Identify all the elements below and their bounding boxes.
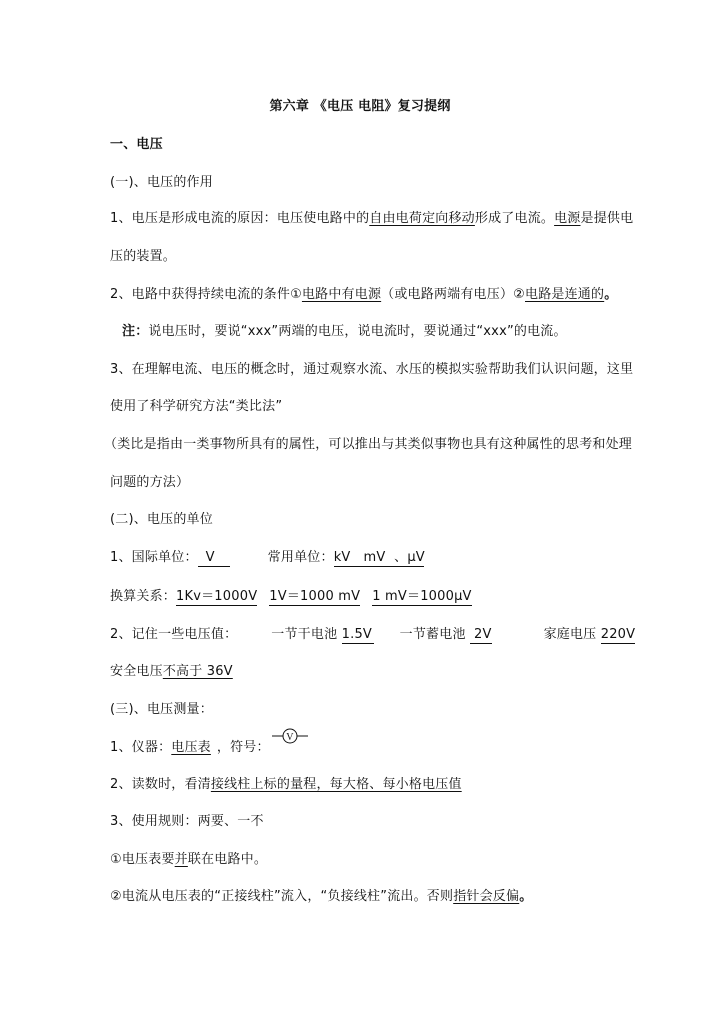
units-line: 1、国际单位：V常用单位：kV mV 、μV: [110, 548, 612, 568]
underlined-term: 自由电荷定向移动: [369, 211, 475, 226]
battery-value: 1.5V: [342, 626, 374, 644]
instrument-label: 1、仪器：: [110, 740, 171, 755]
text: （或电路两端有电压）②: [381, 287, 525, 302]
underlined-term: 接线柱上标的量程，每大格、每小格电压值: [211, 777, 462, 792]
paragraph-2: 2、电路中获得持续电流的条件①电路中有电源（或电路两端有电压）②电路是连通的。: [110, 285, 612, 305]
remember-label: 2、记住一些电压值：: [110, 627, 237, 642]
text: ②电流从电压表的“正接线柱”流入，“负接线柱”流出。否则: [110, 889, 453, 904]
text: 是提供电: [581, 211, 634, 226]
paragraph-3-cont: 使用了科学研究方法“类比法”: [110, 397, 612, 417]
underlined-term: 指针会反偏: [453, 889, 519, 904]
safe-voltage-label: 安全电压: [110, 664, 163, 679]
underlined-term: 电源: [554, 211, 580, 226]
common-unit-value: kV mV 、μV: [334, 549, 424, 567]
conversion-3: 1 mV＝1000μV: [372, 588, 471, 606]
note: 注：说电压时，要说“xxx”两端的电压，说电流时，要说通过“xxx”的电流。: [122, 322, 624, 342]
reading-line: 2、读数时，看清接线柱上标的量程，每大格、每小格电压值: [110, 775, 612, 795]
si-unit-label: 1、国际单位：: [110, 550, 198, 565]
common-unit-label: 常用单位：: [268, 550, 334, 565]
text: 2、读数时，看清: [110, 777, 211, 792]
rule-2: ②电流从电压表的“正接线柱”流入，“负接线柱”流出。否则指针会反偏。: [110, 887, 612, 907]
subsection-heading-measurement: (三)、电压测量：: [110, 700, 612, 720]
conversion-1: 1Kv＝1000V: [176, 588, 257, 606]
conversion-2: 1V＝1000 mV: [269, 588, 360, 606]
conversion-line: 换算关系：1Kv＝1000V1V＝1000 mV1 mV＝1000μV: [110, 587, 612, 607]
document-page: 第六章 《电压 电阻》复习提纲 一、电压 (一)、电压的作用 1、电压是形成电流…: [0, 0, 720, 1018]
paragraph-4-cont: 问题的方法）: [110, 473, 612, 493]
svg-text:V: V: [286, 732, 294, 743]
home-voltage-label: 家庭电压: [544, 627, 597, 642]
underlined-term: 电路是连通的: [525, 287, 604, 302]
common-voltages-line: 2、记住一些电压值：一节干电池 1.5V一节蓄电池 2V家庭电压 220V: [110, 625, 612, 645]
paragraph-4: （类比是指由一类事物所具有的属性，可以推出与其类似事物也具有这种属性的思考和处理: [104, 435, 606, 455]
underlined-term: 并: [175, 852, 188, 867]
safe-voltage-value: 不高于 36V: [163, 664, 233, 679]
section-heading-voltage: 一、电压: [110, 135, 612, 155]
paragraph-1: 1、电压是形成电流的原因：电压使电路中的自由电荷定向移动形成了电流。电源是提供电: [110, 209, 612, 229]
storage-battery-label: 一节蓄电池: [400, 627, 466, 642]
instrument-line: 1、仪器：电压表，符号：V: [110, 738, 612, 758]
instrument-value: 电压表: [171, 740, 211, 755]
text: ①电压表要: [110, 852, 175, 867]
rules-line: 3、使用规则：两要、一不: [110, 812, 612, 832]
paragraph-3: 3、在理解电流、电压的概念时，通过观察水流、水压的模拟实验帮助我们认识问题，这里: [110, 360, 612, 380]
voltmeter-symbol-icon: V: [272, 726, 312, 753]
storage-battery-value: 2V: [470, 626, 492, 644]
subsection-heading-function: (一)、电压的作用: [110, 173, 612, 193]
paragraph-1-cont: 压的装置。: [110, 247, 612, 267]
subsection-heading-units: (二)、电压的单位: [110, 510, 612, 530]
si-unit-value: V: [198, 549, 230, 567]
text: 联在电路中。: [188, 852, 267, 867]
text: 1、电压是形成电流的原因：电压使电路中的: [110, 211, 369, 226]
text: 2、电路中获得持续电流的条件①: [110, 287, 302, 302]
home-voltage-value: 220V: [601, 626, 636, 644]
text: 。: [604, 287, 617, 302]
underlined-term: 电路中有电源: [302, 287, 381, 302]
battery-label: 一节干电池: [271, 627, 337, 642]
text: 。: [519, 889, 532, 904]
symbol-label: ，符号：: [217, 740, 270, 755]
safe-voltage-line: 安全电压不高于 36V: [110, 662, 612, 682]
note-label: 注：: [122, 324, 148, 339]
text: 形成了电流。: [475, 211, 554, 226]
rule-1: ①电压表要并联在电路中。: [110, 850, 612, 870]
conversion-label: 换算关系：: [110, 589, 176, 604]
document-title: 第六章 《电压 电阻》复习提纲: [0, 97, 720, 117]
note-text: 说电压时，要说“xxx”两端的电压，说电流时，要说通过“xxx”的电流。: [148, 324, 566, 339]
